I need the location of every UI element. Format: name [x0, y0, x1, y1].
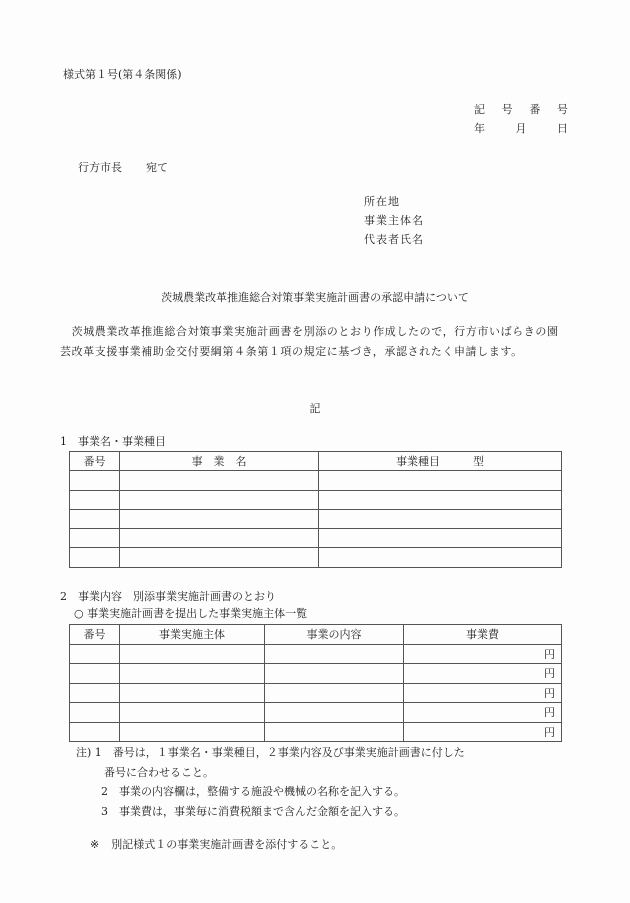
table-row — [70, 509, 562, 528]
date-day-label: 日 — [557, 120, 568, 139]
business-type-cell[interactable] — [319, 529, 562, 548]
table-header-row: 番号 事 業 名 事業種目 型 — [70, 452, 562, 471]
notes-block: 注) 1 番号は，１事業名・事業種目，２事業内容及び事業実施計画書に付した 番号… — [76, 743, 465, 821]
document-title: 茨城農業改革推進総合対策事業実施計画書の承認申請について — [0, 289, 630, 305]
header-number: 番号 — [70, 625, 120, 645]
business-name-cell[interactable] — [120, 509, 319, 528]
attachment-note: ※別記様式１の事業実施計画書を添付すること。 — [90, 836, 342, 852]
business-name-cell[interactable] — [120, 548, 319, 567]
cost-cell[interactable]: 円 — [404, 703, 562, 723]
ki-marker: 記 — [0, 400, 630, 416]
form-number: 様式第１号(第４条関係) — [63, 66, 182, 82]
representative-name-label: 代表者氏名 — [364, 231, 424, 250]
document-number-row: 記 号 番 号 — [474, 101, 568, 120]
header-business-name: 事 業 名 — [120, 452, 319, 471]
business-name-table: 番号 事 業 名 事業種目 型 — [69, 451, 562, 568]
number-cell[interactable] — [70, 509, 120, 528]
table-row: 円 — [70, 683, 562, 703]
entity-cell[interactable] — [120, 683, 265, 703]
doc-number-char: 記 — [474, 101, 485, 120]
header-number: 番号 — [70, 452, 120, 471]
header-business-type: 事業種目 型 — [319, 452, 562, 471]
table-header-row: 番号 事業実施主体 事業の内容 事業費 — [70, 625, 562, 645]
document-number-block: 記 号 番 号 年 月 日 — [474, 101, 568, 139]
entity-cell[interactable] — [120, 664, 265, 684]
table-row: 円 — [70, 703, 562, 723]
header-business-cost: 事業費 — [404, 625, 562, 645]
section1-heading: 1 事業名・事業種目 — [60, 433, 166, 449]
content-cell[interactable] — [265, 722, 404, 742]
number-cell[interactable] — [70, 683, 120, 703]
content-cell[interactable] — [265, 703, 404, 723]
body-paragraph: 茨城農業改革推進総合対策事業実施計画書を別添のとおり作成したので，行方市いばらき… — [60, 322, 570, 362]
table-row — [70, 471, 562, 490]
attachment-text: 別記様式１の事業実施計画書を添付すること。 — [111, 838, 342, 851]
note-1-line1: 注) 1 番号は，１事業名・事業種目，２事業内容及び事業実施計画書に付した — [76, 743, 465, 763]
date-year-label: 年 — [474, 120, 485, 139]
table-row: 円 — [70, 664, 562, 684]
table-row — [70, 548, 562, 567]
entity-cell[interactable] — [120, 644, 265, 664]
cost-cell[interactable]: 円 — [404, 683, 562, 703]
business-type-cell[interactable] — [319, 548, 562, 567]
business-name-cell[interactable] — [120, 529, 319, 548]
number-cell[interactable] — [70, 722, 120, 742]
note-3: 3 事業費は，事業毎に消費税額まで含んだ金額を記入する。 — [76, 802, 465, 822]
header-implementing-entity: 事業実施主体 — [120, 625, 265, 645]
entity-cell[interactable] — [120, 722, 265, 742]
table-row — [70, 490, 562, 509]
address-label: 所在地 — [364, 193, 424, 212]
table-row: 円 — [70, 644, 562, 664]
table-row: 円 — [70, 722, 562, 742]
reference-mark-icon: ※ — [90, 838, 99, 851]
content-cell[interactable] — [265, 664, 404, 684]
addressee: 行方市長宛て — [78, 159, 168, 175]
doc-number-char: 号 — [502, 101, 513, 120]
date-month-label: 月 — [516, 120, 527, 139]
date-row: 年 月 日 — [474, 120, 568, 139]
addressee-name: 行方市長 — [78, 161, 122, 174]
number-cell[interactable] — [70, 471, 120, 490]
section2-heading: 2 事業内容 別添事業実施計画書のとおり — [60, 588, 276, 604]
entity-cell[interactable] — [120, 703, 265, 723]
number-cell[interactable] — [70, 664, 120, 684]
section2-subheading: ○ 事業実施計画書を提出した事業実施主体一覧 — [74, 605, 307, 621]
business-type-cell[interactable] — [319, 509, 562, 528]
business-type-cell[interactable] — [319, 471, 562, 490]
note-1-line2: 番号に合わせること。 — [76, 763, 465, 783]
note-2: 2 事業の内容欄は，整備する施設や機械の名称を記入する。 — [76, 782, 465, 802]
cost-cell[interactable]: 円 — [404, 644, 562, 664]
business-type-cell[interactable] — [319, 490, 562, 509]
doc-number-char: 号 — [557, 101, 568, 120]
cost-cell[interactable]: 円 — [404, 664, 562, 684]
number-cell[interactable] — [70, 644, 120, 664]
applicant-block: 所在地 事業主体名 代表者氏名 — [364, 193, 424, 250]
table-row — [70, 529, 562, 548]
number-cell[interactable] — [70, 490, 120, 509]
business-name-cell[interactable] — [120, 490, 319, 509]
cost-cell[interactable]: 円 — [404, 722, 562, 742]
content-cell[interactable] — [265, 644, 404, 664]
header-business-content: 事業の内容 — [265, 625, 404, 645]
addressee-suffix: 宛て — [146, 161, 168, 174]
implementing-entity-table: 番号 事業実施主体 事業の内容 事業費 円 円 円 円 円 — [69, 624, 562, 742]
number-cell[interactable] — [70, 529, 120, 548]
business-name-cell[interactable] — [120, 471, 319, 490]
doc-number-char: 番 — [529, 101, 540, 120]
number-cell[interactable] — [70, 548, 120, 567]
content-cell[interactable] — [265, 683, 404, 703]
entity-name-label: 事業主体名 — [364, 212, 424, 231]
number-cell[interactable] — [70, 703, 120, 723]
